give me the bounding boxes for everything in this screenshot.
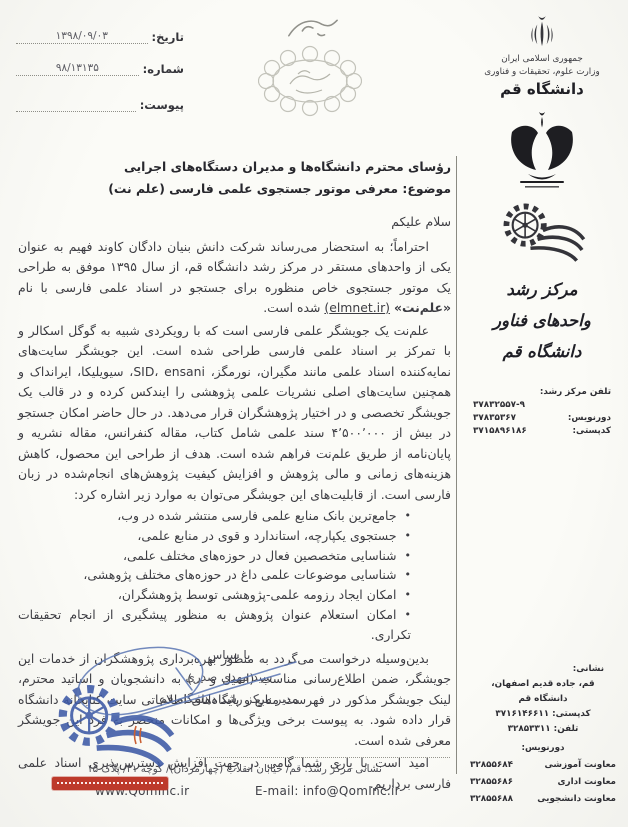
ministry-name: وزارت علوم، تحقیقات و فناوری xyxy=(460,67,624,77)
letter-salutation: سلام علیکم xyxy=(18,212,451,233)
paragraph-2: علم‌نت یک جویشگر علمی فارسی است که با رو… xyxy=(18,321,451,506)
fax-row-value: ۳۲۸۵۵۶۸۸ xyxy=(470,792,513,807)
incubator-title-line2: واحدهای فناور xyxy=(460,305,624,336)
scanned-letter-page: تاریخ: ۱۳۹۸/۰۹/۰۳ شماره: ۹۸/۱۳۱۳۵ پیوست: xyxy=(0,0,628,827)
fax-row: معاونت دانشجویی ۳۲۸۵۵۶۸۸ xyxy=(468,792,618,807)
paragraph-1-end: شده است. xyxy=(263,300,324,315)
letterhead-block: جمهوری اسلامی ایران وزارت علوم، تحقیقات … xyxy=(460,12,624,436)
attachment-field xyxy=(16,87,136,112)
feature-item: جامع‌ترین بانک منابع علمی فارسی منتشر شد… xyxy=(18,507,411,527)
incubator-title-line3: دانشگاه قم xyxy=(460,336,624,367)
address-line2: دانشگاه قم xyxy=(468,692,618,707)
number-row: شماره: ۹۸/۱۳۱۳۵ xyxy=(16,52,184,76)
incubator-gear-logo xyxy=(460,202,624,266)
number-field: ۹۸/۱۳۱۳۵ xyxy=(16,51,139,76)
bismillah-calligraphy-icon xyxy=(283,14,341,44)
date-row: تاریخ: ۱۳۹۸/۰۹/۰۳ xyxy=(16,20,184,44)
paragraph-1-text: احتراماً؛ به استحضار می‌رساند شرکت دانش … xyxy=(18,239,451,295)
date-label: تاریخ: xyxy=(152,30,184,44)
address-postal: کدپستی: ۳۷۱۶۱۴۶۶۱۱ xyxy=(468,707,618,722)
letter-meta-block: تاریخ: ۱۳۹۸/۰۹/۰۳ شماره: ۹۸/۱۳۱۳۵ پیوست: xyxy=(16,20,184,120)
letter-recipient: رؤسای محترم دانشگاه‌ها و مدیران دستگاه‌ه… xyxy=(18,156,451,178)
fax-row: معاونت اداری ۳۲۸۵۵۶۸۶ xyxy=(468,775,618,790)
handwritten-signature xyxy=(28,636,308,756)
date-value: ۱۳۹۸/۰۹/۰۳ xyxy=(56,30,108,43)
feature-item: امکان ایجاد رزومه علمی-پژوهشی توسط پژوهش… xyxy=(18,586,411,606)
incubator-phone-value: ۳۷۸۳۲۵۵۷-۹ xyxy=(473,400,525,410)
qom-university-logo xyxy=(460,108,624,192)
feature-list: جامع‌ترین بانک منابع علمی فارسی منتشر شد… xyxy=(18,507,451,645)
letter-subject: موضوع: معرفی موتور جستجوی علمی فارسی (عل… xyxy=(18,178,451,200)
incubator-contact-block: تلفن مرکز رشد: ۳۷۸۳۲۵۵۷-۹ دورنویس: ۳۷۸۳۵… xyxy=(473,387,611,436)
feature-item: جستجوی یکپارچه، استاندارد و قوی در منابع… xyxy=(18,527,411,547)
commemorative-medallion-icon xyxy=(258,44,362,118)
university-name: دانشگاه قم xyxy=(460,80,624,98)
fax-row-label: معاونت دانشجویی xyxy=(537,792,616,807)
sidebar-divider xyxy=(456,156,457,774)
country-name: جمهوری اسلامی ایران xyxy=(460,54,624,64)
date-field: ۱۳۹۸/۰۹/۰۳ xyxy=(16,19,148,44)
feature-item: شناسایی متخصصین فعال در حوزه‌های مختلف ع… xyxy=(18,547,411,567)
fax-row-value: ۳۲۸۵۵۶۸۶ xyxy=(470,775,513,790)
elmnet-name: «علم‌نت» xyxy=(394,300,451,315)
fax-row-label: معاونت آموزشی xyxy=(545,758,616,773)
address-fax-title: دورنویس: xyxy=(468,741,618,756)
incubator-fax-label: دورنویس: xyxy=(568,413,611,423)
university-address-block: نشانی: قم، جاده قدیم اصفهان، دانشگاه قم … xyxy=(468,662,618,807)
iran-national-emblem-icon xyxy=(527,12,557,31)
paragraph-1: احتراماً؛ به استحضار می‌رساند شرکت دانش … xyxy=(18,237,451,319)
incubator-title-line1: مرکز رشد xyxy=(460,274,624,305)
footer-divider xyxy=(196,757,450,758)
incubator-postal-value: ۳۷۱۵۸۹۶۱۸۶ xyxy=(473,426,527,436)
address-phone: تلفن: ۳۲۸۵۳۳۱۱ xyxy=(468,722,618,737)
email-link[interactable]: E-mail: info@QomInc.ir xyxy=(255,784,400,798)
fax-row: معاونت آموزشی ۳۲۸۵۵۶۸۴ xyxy=(468,758,618,773)
incubator-fax-value: ۳۷۸۳۵۳۶۷ xyxy=(473,413,516,423)
number-value: ۹۸/۱۳۱۳۵ xyxy=(56,62,99,75)
attachment-row: پیوست: xyxy=(16,88,184,112)
attachment-label: پیوست: xyxy=(140,98,184,112)
address-line1: قم، جاده قدیم اصفهان، xyxy=(468,677,618,692)
incubator-postal-label: کدپستی: xyxy=(573,426,611,436)
incubator-title: مرکز رشد واحدهای فناور دانشگاه قم xyxy=(460,274,624,367)
incubator-phone-label: تلفن مرکز رشد: xyxy=(473,387,611,397)
elmnet-link[interactable]: (elmnet.ir) xyxy=(324,300,390,315)
fax-row-label: معاونت اداری xyxy=(557,775,616,790)
feature-item: شناسایی موضوعات علمی داغ در حوزه‌های مخت… xyxy=(18,566,411,586)
address-title: نشانی: xyxy=(468,662,618,677)
number-label: شماره: xyxy=(143,62,184,76)
stamp-banner xyxy=(52,777,168,790)
fax-row-value: ۳۲۸۵۵۶۸۴ xyxy=(470,758,513,773)
